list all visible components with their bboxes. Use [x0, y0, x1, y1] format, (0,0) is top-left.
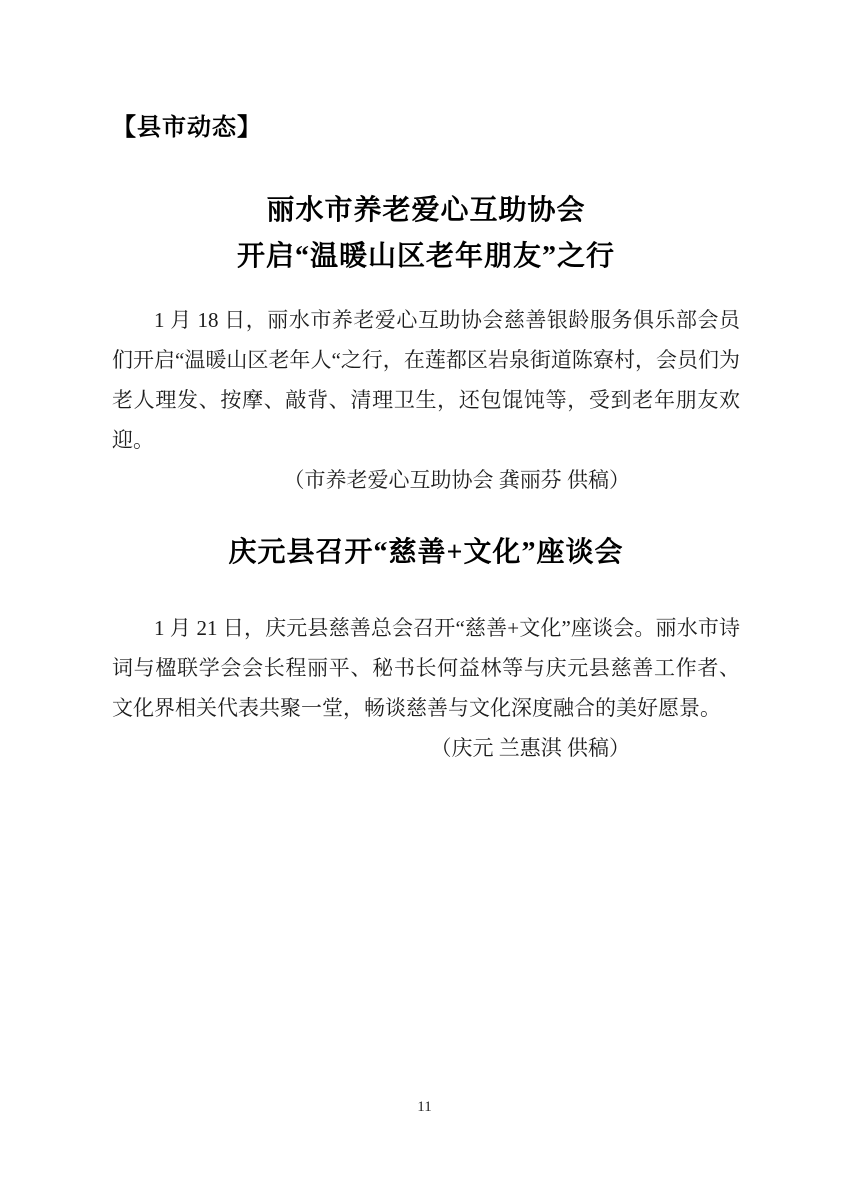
article-2-body: 1 月 21 日，庆元县慈善总会召开“慈善+文化”座谈会。丽水市诗词与楹联学会会… [112, 608, 740, 728]
article-1-body: 1 月 18 日，丽水市养老爱心互助协会慈善银龄服务俱乐部会员们开启“温暖山区老… [112, 300, 740, 460]
section-header: 【县市动态】 [112, 112, 740, 144]
article-1-title-line-2: 开启“温暖山区老年朋友”之行 [112, 234, 740, 280]
article-2-title-line-1: 庆元县召开“慈善+文化”座谈会 [112, 530, 740, 576]
article-1: 丽水市养老爱心互助协会 开启“温暖山区老年朋友”之行 1 月 18 日，丽水市养… [112, 188, 740, 500]
article-2: 庆元县召开“慈善+文化”座谈会 1 月 21 日，庆元县慈善总会召开“慈善+文化… [112, 530, 740, 768]
article-1-attribution: （市养老爱心互助协会 龚丽芬 供稿） [112, 460, 740, 500]
page-number: 11 [0, 1097, 849, 1117]
article-2-title: 庆元县召开“慈善+文化”座谈会 [112, 530, 740, 576]
article-2-attribution: （庆元 兰惠淇 供稿） [112, 728, 740, 768]
document-page: 【县市动态】 丽水市养老爱心互助协会 开启“温暖山区老年朋友”之行 1 月 18… [0, 0, 849, 1200]
article-1-title: 丽水市养老爱心互助协会 开启“温暖山区老年朋友”之行 [112, 188, 740, 280]
page-content: 【县市动态】 丽水市养老爱心互助协会 开启“温暖山区老年朋友”之行 1 月 18… [0, 0, 849, 768]
article-1-title-line-1: 丽水市养老爱心互助协会 [112, 188, 740, 234]
